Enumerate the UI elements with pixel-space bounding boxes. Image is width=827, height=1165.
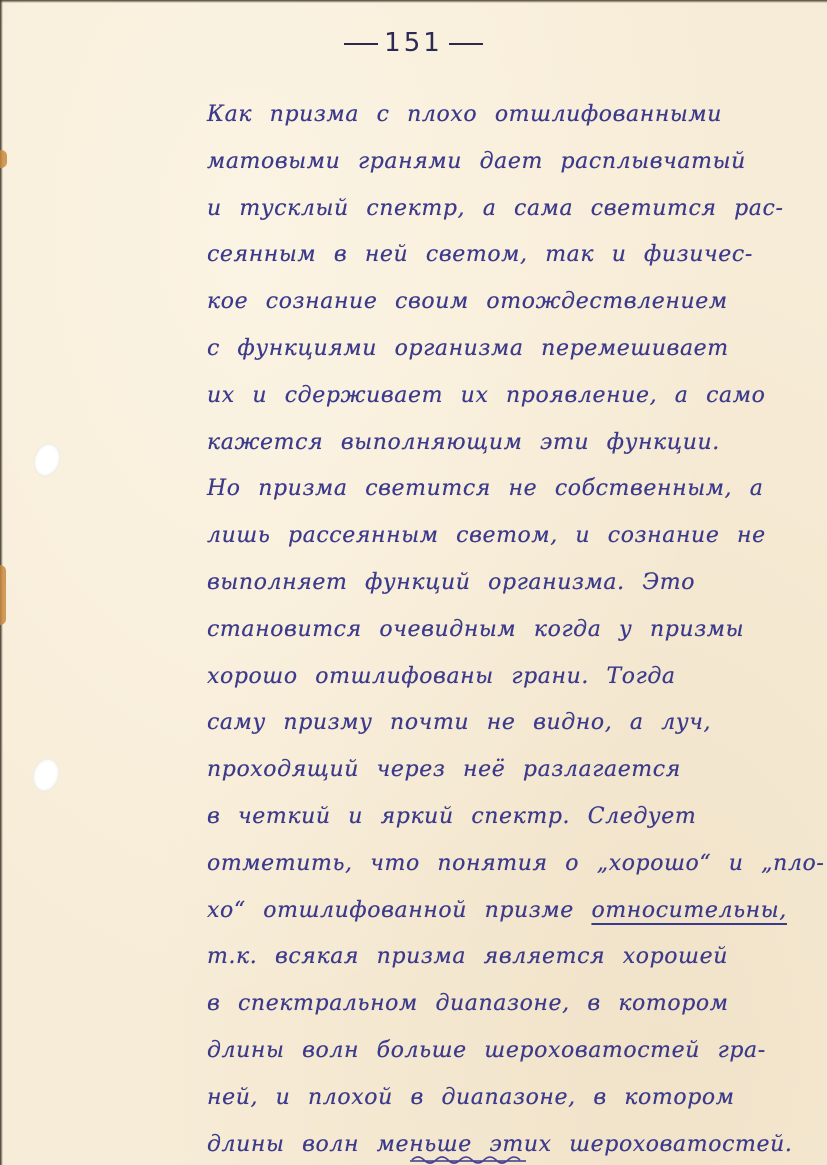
text-line: проходящий через неё разлагается: [207, 747, 817, 794]
text-line: их и сдерживает их проявление, а само: [207, 373, 817, 420]
page-number-dash-right: [449, 43, 483, 45]
text-line: в спектральном диапазоне, в котором: [207, 981, 817, 1028]
text-line: кажется выполняющим эти функции.: [207, 420, 817, 467]
page-number: 151: [0, 28, 827, 58]
text-line: саму призму почти не видно, а луч,: [207, 700, 817, 747]
paper-stain: [0, 565, 6, 625]
text-line: становится очевидным когда у призмы: [207, 607, 817, 654]
text-line: ней, и плохой в диапазоне, в котором: [207, 1075, 817, 1122]
text-line: сеянным в ней светом, так и физичес-: [207, 232, 817, 279]
text-line: хорошо отшлифованы грани. Тогда: [207, 654, 817, 701]
text-line: длины волн больше шероховатостей гра-: [207, 1028, 817, 1075]
punch-hole-top: [29, 440, 64, 480]
text-line: Как призма с плохо отшлифованными: [207, 92, 817, 139]
text-line: кое сознание своим отождествлением: [207, 279, 817, 326]
text-line: выполняет функций организма. Это: [207, 560, 817, 607]
end-flourish-icon: [408, 1152, 528, 1164]
text-line: и тусклый спектр, а сама светится рас-: [207, 186, 817, 233]
text-line: матовыми гранями дает расплывчатый: [207, 139, 817, 186]
page-number-value: 151: [384, 28, 443, 58]
text-segment: хо“ отшлифованной призме: [207, 898, 574, 923]
text-line: отметить, что понятия о „хорошо“ и „пло-: [207, 841, 817, 888]
scan-top-edge: [0, 0, 827, 3]
text-line: лишь рассеянным светом, и сознание не: [207, 513, 817, 560]
text-line: с функциями организма перемешивает: [207, 326, 817, 373]
manuscript-page: 151 Как призма с плохо отшлифованными ма…: [0, 0, 827, 1165]
punch-hole-bottom: [28, 755, 63, 795]
paper-stain: [0, 150, 7, 168]
text-line: в четкий и яркий спектр. Следует: [207, 794, 817, 841]
handwritten-text-block: Как призма с плохо отшлифованными матовы…: [207, 92, 817, 1165]
page-number-dash-left: [344, 43, 378, 45]
text-line: т.к. всякая призма является хорошей: [207, 934, 817, 981]
underlined-word: относительны,: [591, 898, 786, 923]
text-line: Но призма светится не собственным, а: [207, 466, 817, 513]
text-line-with-underline: хо“ отшлифованной призме относительны,: [207, 888, 817, 935]
